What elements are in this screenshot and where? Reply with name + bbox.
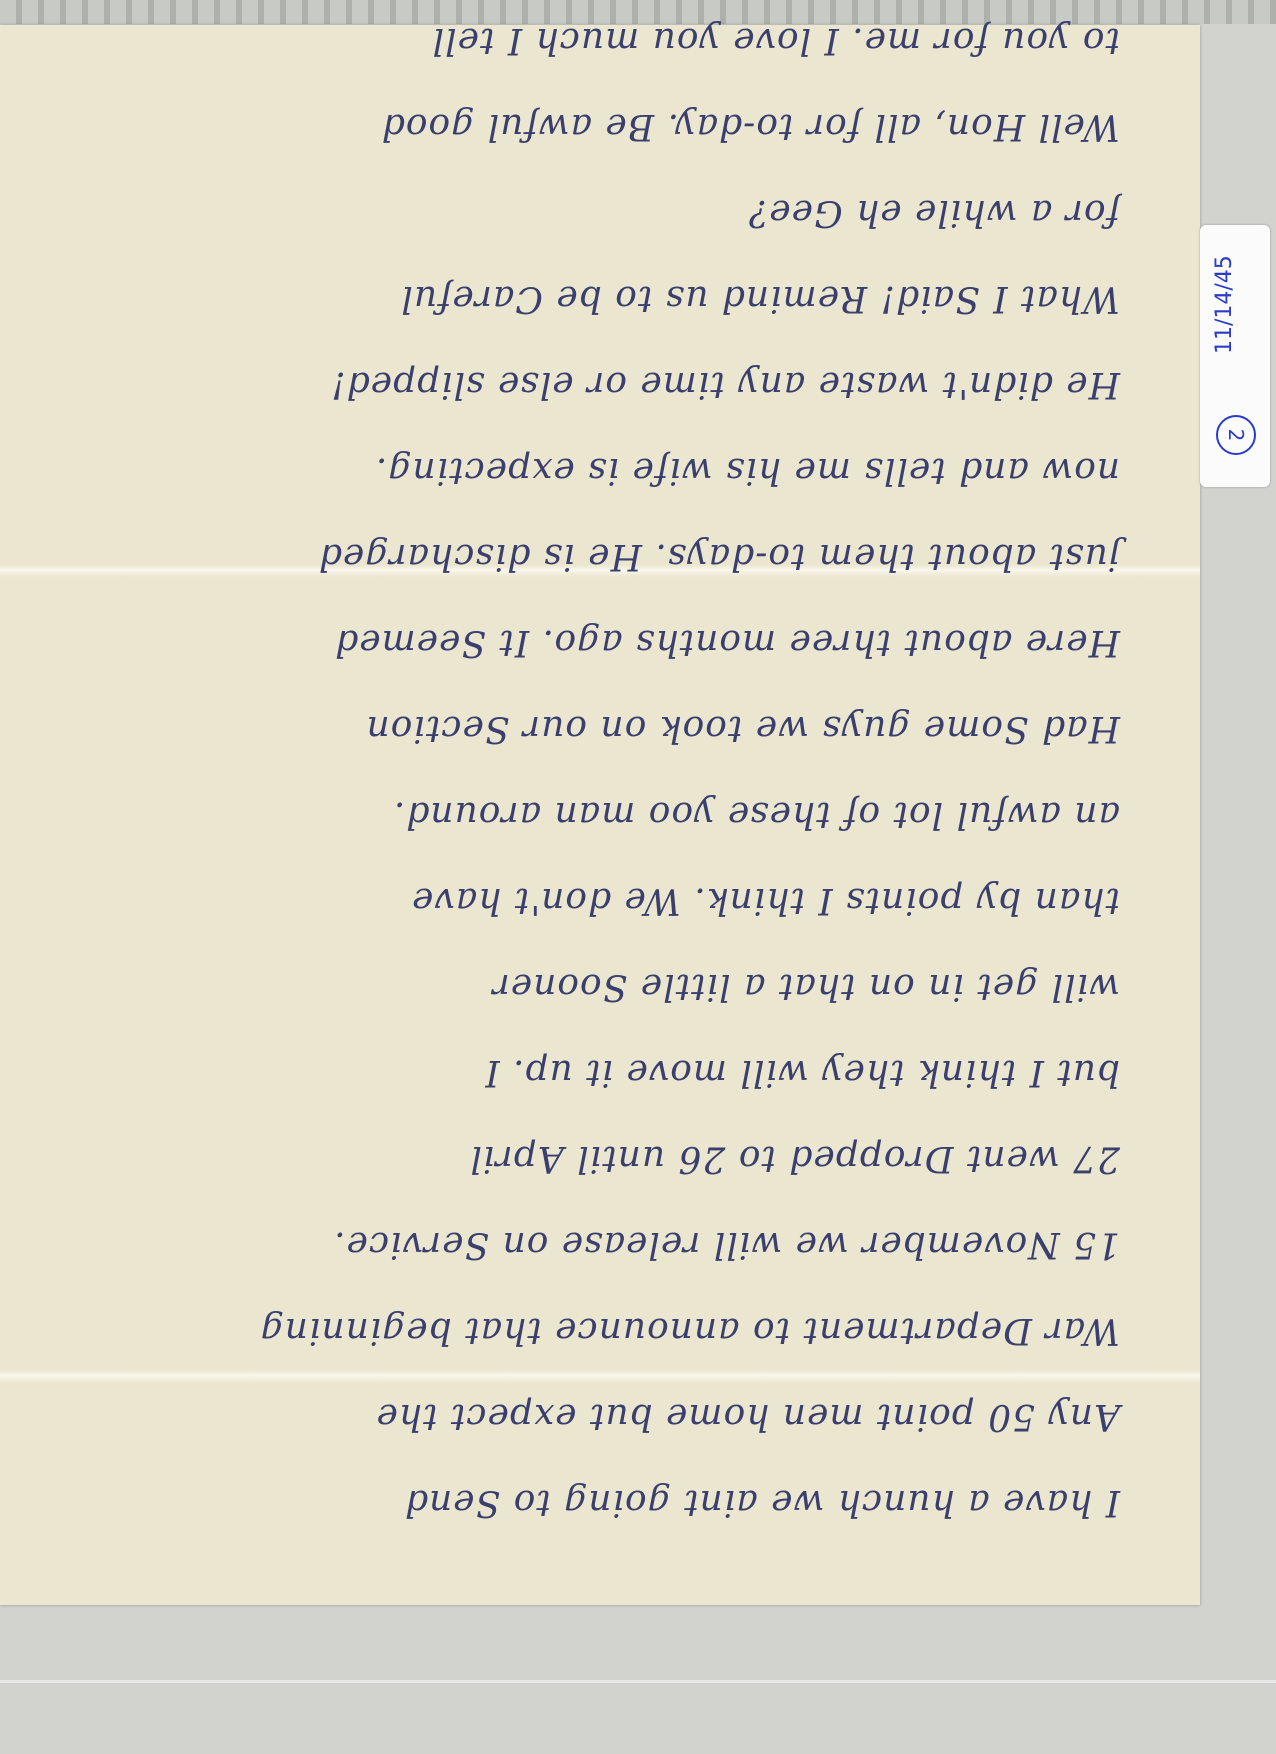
letter-line: now and tells me his wife is expecting. bbox=[60, 427, 1120, 513]
letter-line: Here about three months ago. It Seemed bbox=[60, 599, 1120, 685]
letter-line: He didn't waste any time or else slipped… bbox=[60, 341, 1120, 427]
letter-line: to you for me. I love you much I tell bbox=[60, 0, 1120, 83]
letter-line: What I Said! Remind us to be Careful bbox=[60, 255, 1120, 341]
label-page-number: 2 bbox=[1216, 415, 1256, 455]
letter-line: 27 went Dropped to 26 until April bbox=[60, 1115, 1120, 1201]
letter-rotated-content: I have a hunch we aint going to Send Any… bbox=[0, 25, 1200, 1605]
letter-line: but I think they will move it up. I bbox=[60, 1029, 1120, 1115]
letter-line: War Department to announce that beginnin… bbox=[60, 1287, 1120, 1373]
letter-line: I have a hunch we aint going to Send bbox=[60, 1459, 1120, 1545]
archive-label: 11/14/45 2 bbox=[1200, 225, 1270, 487]
label-date: 11/14/45 bbox=[1212, 245, 1258, 365]
letter-line: than by points I think. We don't have bbox=[60, 857, 1120, 943]
letter-line: Any 50 point men home but expect the bbox=[60, 1373, 1120, 1459]
letter-line: Well Hon, all for to-day. Be awful good bbox=[60, 83, 1120, 169]
letter-line: an awful lot of these yoo man around. bbox=[60, 771, 1120, 857]
letter-body: I have a hunch we aint going to Send Any… bbox=[60, 0, 1120, 1545]
letter-line: 15 November we will release on Service. bbox=[60, 1201, 1120, 1287]
letter-line: for a while eh Gee? bbox=[60, 169, 1120, 255]
letter-page: I have a hunch we aint going to Send Any… bbox=[0, 25, 1200, 1605]
letter-line: will get in on that a little Sooner bbox=[60, 943, 1120, 1029]
letter-line: just about them to-days. He is discharge… bbox=[60, 513, 1120, 599]
letter-line: Had Some guys we took on our Section bbox=[60, 685, 1120, 771]
sleeve-edge bbox=[0, 1680, 1276, 1683]
